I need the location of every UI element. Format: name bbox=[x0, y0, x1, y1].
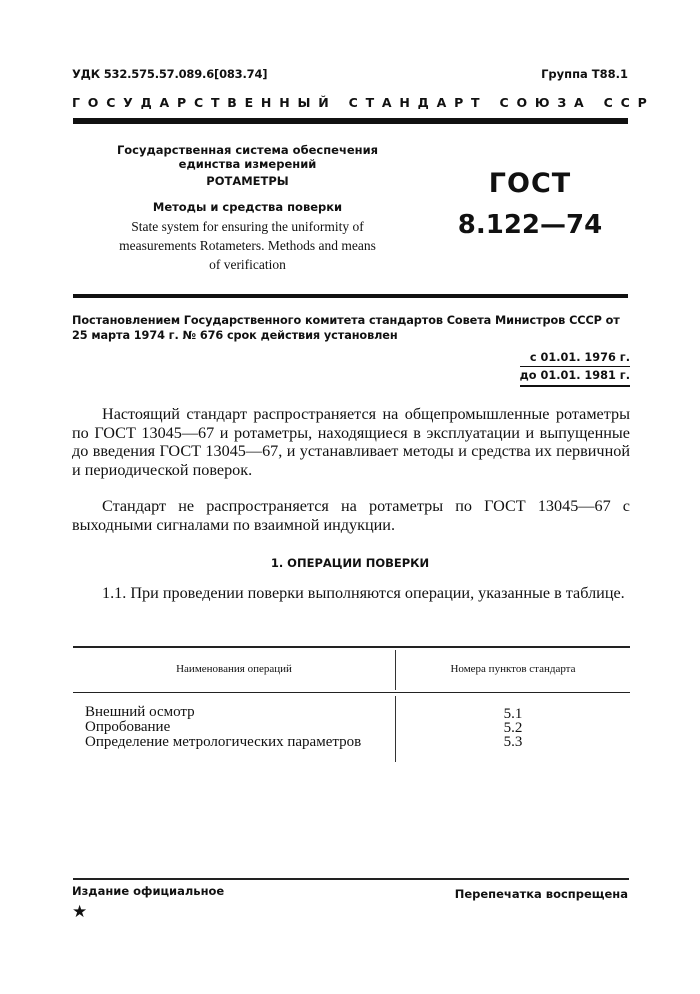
star-icon: ★ bbox=[72, 903, 87, 920]
table-row-clause: 5.3 bbox=[396, 735, 630, 750]
table-row-operation: Внешний осмотр bbox=[85, 705, 195, 720]
paragraph-text: 1.1. При проведении поверки выполняются … bbox=[72, 584, 630, 603]
middle-rule bbox=[73, 294, 628, 298]
paragraph-text: Стандарт не распространяется на ротаметр… bbox=[72, 497, 630, 534]
table-header-rule bbox=[73, 692, 630, 693]
english-title-line-1: State system for ensuring the uniformity… bbox=[100, 220, 395, 233]
title-block: Государственная система обеспечения един… bbox=[100, 143, 395, 271]
table-row-operation: Определение метрологических параметров bbox=[85, 735, 361, 750]
valid-from-date: с 01.01. 1976 г. bbox=[530, 351, 630, 364]
table-row-operation: Опробование bbox=[85, 720, 170, 735]
official-edition-label: Издание официальное bbox=[72, 884, 224, 898]
table-header-clauses: Номера пунктов стандарта bbox=[396, 663, 630, 675]
title-line-2: единства измерений bbox=[100, 157, 395, 171]
scope-paragraph: Настоящий стандарт распространяется на о… bbox=[72, 405, 630, 479]
footer-rule bbox=[73, 878, 629, 880]
clause-1-1-paragraph: 1.1. При проведении поверки выполняются … bbox=[72, 584, 630, 603]
section-heading: 1. ОПЕРАЦИИ ПОВЕРКИ bbox=[72, 556, 628, 570]
top-rule bbox=[73, 118, 628, 124]
state-standard-banner: ГОСУДАРСТВЕННЫЙ СТАНДАРТ СОЮЗА ССР bbox=[72, 95, 628, 110]
udk-code: УДК 532.575.57.089.6[083.74] bbox=[72, 67, 267, 81]
gost-label: ГОСТ bbox=[455, 168, 605, 199]
table-top-rule bbox=[73, 646, 630, 648]
gost-number: 8.122—74 bbox=[455, 210, 605, 240]
paragraph-text: Настоящий стандарт распространяется на о… bbox=[72, 405, 630, 479]
group-code: Группа Т88.1 bbox=[541, 67, 628, 81]
valid-to-date: до 01.01. 1981 г. bbox=[520, 369, 630, 382]
english-title-line-2: measurements Rotameters. Methods and mea… bbox=[100, 239, 395, 252]
title-line-4: Методы и средства поверки bbox=[100, 200, 395, 214]
date-underline bbox=[520, 385, 630, 387]
reprint-prohibited-label: Перепечатка воспрещена bbox=[455, 887, 628, 901]
table-header-operations: Наименования операций bbox=[73, 663, 395, 675]
date-underline bbox=[520, 366, 630, 367]
english-title-line-3: of verification bbox=[100, 258, 395, 271]
decree-text: Постановлением Государственного комитета… bbox=[72, 313, 632, 343]
title-line-3: РОТАМЕТРЫ bbox=[100, 171, 395, 191]
exclusion-paragraph: Стандарт не распространяется на ротаметр… bbox=[72, 497, 630, 534]
title-line-1: Государственная система обеспечения bbox=[100, 143, 395, 157]
